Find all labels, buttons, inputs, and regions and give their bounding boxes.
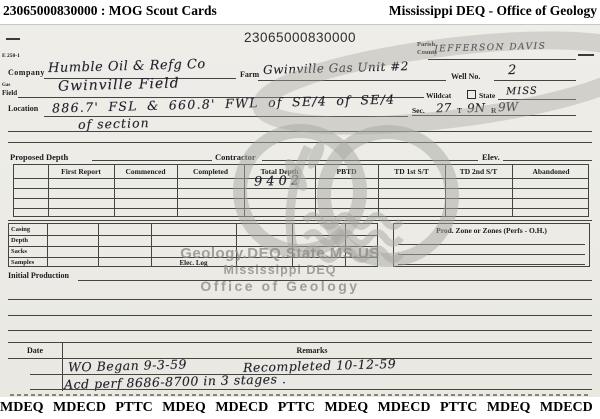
ruled-line — [8, 142, 592, 143]
ruled-line — [8, 330, 592, 331]
sec-label: Sec. — [412, 106, 425, 115]
remarks-column-header: Remarks — [62, 346, 562, 355]
township-label: T — [457, 106, 462, 115]
row-label-casing: Casing — [11, 226, 30, 233]
sec-value: 27 — [436, 101, 452, 115]
farm-label: Farm — [240, 70, 259, 79]
row-label-depth: Depth — [11, 237, 28, 244]
table-line — [14, 208, 588, 209]
ruled-line — [428, 59, 576, 60]
field-label-small: Gas — [2, 83, 10, 88]
table-line — [398, 244, 585, 245]
date-column-header: Date — [10, 346, 60, 355]
location-value-line1: 886.7' FSL & 660.8' FWL of SE/4 of SE/4 — [52, 92, 396, 116]
ruled-line — [8, 220, 592, 221]
table-line — [9, 246, 377, 247]
ruled-line — [494, 80, 576, 81]
scan-edge-artifact — [10, 394, 590, 396]
table-line — [398, 254, 585, 255]
ruled-line — [8, 299, 592, 300]
viewer-title-left: 23065000830000 : MOG Scout Cards — [3, 3, 217, 24]
viewer-header: 23065000830000 : MOG Scout Cards Mississ… — [0, 0, 600, 24]
viewer-title-right: Mississippi DEQ - Office of Geology — [389, 3, 597, 24]
table-line — [98, 224, 99, 266]
well-no-label: Well No. — [451, 72, 480, 81]
company-value: Humble Oil & Refg Co — [48, 57, 206, 76]
casing-table: Casing Depth Sacks Samples Elec. Log — [8, 223, 378, 267]
corner-dash-right — [578, 54, 594, 56]
scout-card-scan: 23065000830000 E 250-1 Parish County JEF… — [0, 24, 600, 399]
table-line — [47, 224, 48, 266]
ruled-line — [8, 342, 592, 343]
scout-card-viewer: 23065000830000 : MOG Scout Cards Mississ… — [0, 0, 600, 419]
total-depth-value: 9402 — [254, 173, 303, 189]
ruled-line — [92, 160, 212, 161]
table-line — [398, 264, 585, 265]
parish-county-value: JEFFERSON DAVIS — [434, 42, 547, 55]
col-header-td-1st: TD 1st S/T — [378, 167, 445, 176]
elev-label: Elev. — [482, 152, 500, 162]
viewer-footer: MDEQ MDECD PTTC MDEQ MDECD PTTC MDEQ MDE… — [0, 397, 600, 419]
form-number: E 250-1 — [2, 53, 20, 59]
table-line — [14, 198, 588, 199]
table-line — [292, 224, 293, 266]
ruled-line — [503, 160, 592, 161]
prod-zone-box: Prod. Zone or Zones (Perfs - O.H.) — [393, 223, 590, 267]
ruled-line — [30, 389, 592, 390]
col-header-first-report: First Report — [48, 167, 114, 176]
initial-production-label: Initial Production — [8, 271, 69, 280]
location-label: Location — [8, 104, 38, 113]
remarks-entry-1a: WO Began 9-3-59 — [68, 356, 187, 374]
col-header-td-2nd: TD 2nd S/T — [445, 167, 512, 176]
parish-label: Parish — [417, 41, 435, 48]
proposed-depth-label: Proposed Depth — [10, 152, 68, 162]
col-header-completed: Completed — [177, 167, 244, 176]
state-label: State — [479, 91, 495, 100]
ruled-line — [262, 160, 478, 161]
field-label: Field — [2, 89, 17, 97]
row-label-sacks: Sacks — [11, 248, 27, 255]
col-header-pbtd: PBTD — [315, 167, 378, 176]
col-header-abandoned: Abandoned — [512, 167, 590, 176]
state-value: MISS — [506, 86, 538, 98]
row-label-samples: Samples — [11, 259, 34, 266]
ruled-line — [78, 280, 592, 281]
well-no-value: 2 — [508, 63, 517, 78]
table-line — [9, 235, 377, 236]
contractor-label: Contractor — [215, 152, 256, 162]
field-value: Gwinville Field — [58, 75, 180, 94]
prod-zone-label: Prod. Zone or Zones (Perfs - O.H.) — [394, 226, 589, 235]
ruled-line — [258, 80, 446, 81]
footer-repeat-text: MDEQ MDECD PTTC MDEQ MDECD PTTC MDEQ MDE… — [0, 400, 600, 415]
range-value: 9W — [498, 100, 518, 115]
wildcat-label: Wildcat — [426, 91, 451, 100]
range-label: R — [491, 106, 496, 115]
wildcat-checkbox — [467, 90, 476, 99]
corner-dash-left — [6, 38, 20, 40]
table-line — [236, 224, 237, 266]
farm-value: Gwinville Gas Unit #2 — [263, 59, 409, 77]
ruled-line — [8, 315, 592, 316]
ruled-line — [412, 115, 576, 116]
table-line — [345, 224, 346, 266]
location-value-line2: of section — [78, 115, 150, 132]
well-dates-table: First Report Commenced Completed Total D… — [13, 164, 589, 217]
township-value: 9N — [467, 101, 486, 115]
col-header-commenced: Commenced — [114, 167, 177, 176]
ruled-line — [8, 131, 592, 132]
table-line — [9, 257, 377, 258]
company-label: Company — [8, 68, 45, 77]
elec-log-label: Elec. Log — [151, 259, 236, 267]
